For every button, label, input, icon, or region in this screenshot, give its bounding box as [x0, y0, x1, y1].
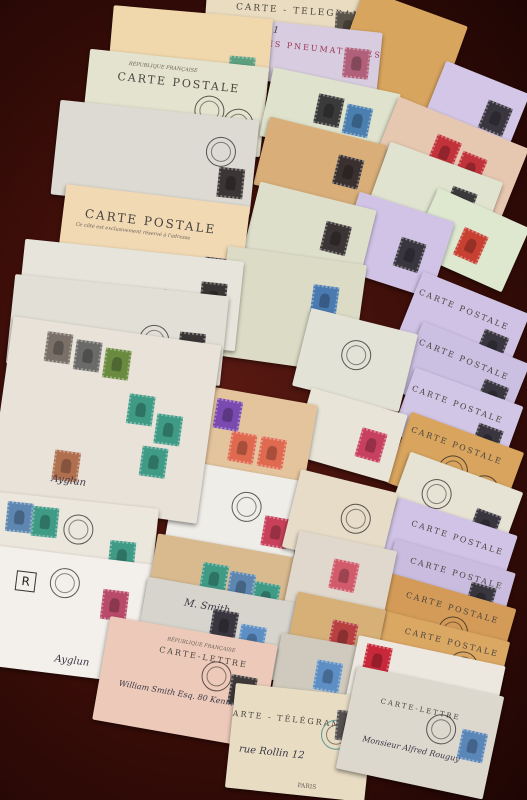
stamp-icon	[212, 398, 243, 432]
stamp-collection-photo: CARTE - TELEGRAMME TUBES PNEUMATIQUES 21…	[0, 0, 527, 800]
postmark-icon	[204, 135, 237, 168]
handwriting: Ayglun	[51, 473, 87, 489]
envelope-multi-stamps: Ayglun	[0, 316, 222, 523]
postmark-icon	[62, 513, 95, 546]
stamp-icon	[5, 501, 34, 534]
postmark-icon	[338, 501, 374, 537]
stamp-icon	[126, 393, 156, 426]
stamp-icon	[342, 47, 371, 80]
stamp-icon	[393, 237, 427, 274]
stamp-icon	[153, 413, 183, 446]
stamp-icon	[313, 93, 345, 128]
stamp-icon	[319, 221, 351, 256]
postmark-icon	[338, 337, 374, 373]
stamp-icon	[456, 729, 488, 764]
stamp-icon	[44, 331, 74, 364]
stamp-icon	[227, 431, 258, 465]
postmark-icon	[229, 490, 264, 525]
stamp-icon	[30, 506, 59, 539]
stamp-icon	[342, 103, 374, 138]
card-footer: PARIS	[297, 782, 316, 791]
card-title: CARTE POSTALE	[117, 70, 241, 96]
handwriting: Ayglun	[54, 653, 90, 668]
registered-mark: R	[15, 570, 37, 592]
stamp-icon	[453, 227, 489, 265]
stamp-icon	[102, 347, 132, 380]
stamp-icon	[328, 558, 360, 593]
stamp-icon	[139, 446, 169, 479]
stamp-icon	[216, 167, 245, 200]
stamp-icon	[354, 427, 387, 463]
stamp-icon	[312, 659, 343, 693]
handwriting: rue Rollin 12	[238, 744, 305, 762]
postmark-icon	[48, 566, 81, 599]
stamp-icon	[332, 154, 364, 189]
stamp-icon	[256, 436, 287, 470]
stamp-icon	[73, 339, 103, 372]
